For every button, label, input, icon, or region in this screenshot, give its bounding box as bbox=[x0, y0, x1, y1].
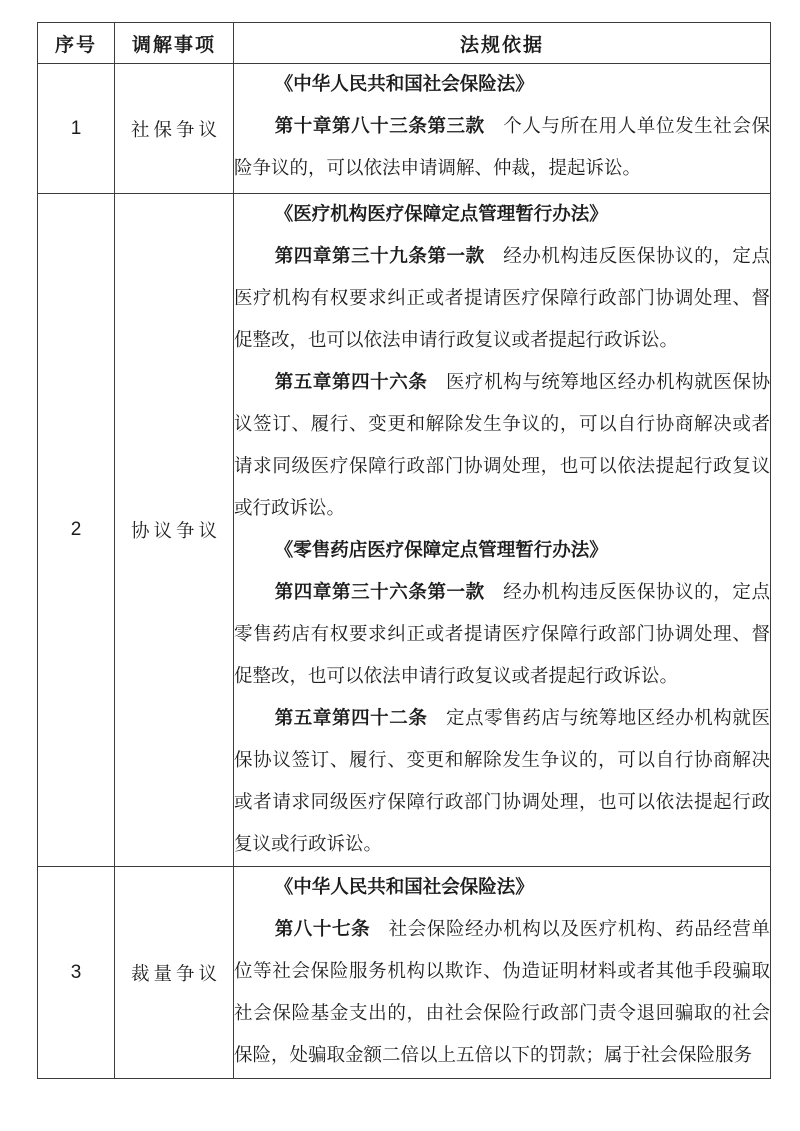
article-ref: 第十章第八十三条第三款 bbox=[275, 117, 485, 137]
legal-basis-content: 《中华人民共和国社会保险法》第八十七条社会保险经办机构以及医疗机构、药品经营单位… bbox=[234, 867, 771, 1079]
table-row: 1社保争议《中华人民共和国社会保险法》第十章第八十三条第三款个人与所在用人单位发… bbox=[38, 64, 771, 194]
row-index: 2 bbox=[38, 194, 115, 867]
table-row: 3裁量争议《中华人民共和国社会保险法》第八十七条社会保险经办机构以及医疗机构、药… bbox=[38, 867, 771, 1079]
table-row: 2协议争议《医疗机构医疗保障定点管理暂行办法》第四章第三十九条第一款经办机构违反… bbox=[38, 194, 771, 867]
law-title: 《医疗机构医疗保障定点管理暂行办法》 bbox=[234, 194, 770, 236]
row-index: 3 bbox=[38, 867, 115, 1079]
mediation-matter: 裁量争议 bbox=[115, 867, 234, 1079]
article-ref: 第五章第四十二条 bbox=[275, 709, 428, 729]
table-body: 1社保争议《中华人民共和国社会保险法》第十章第八十三条第三款个人与所在用人单位发… bbox=[38, 64, 771, 1079]
table-header-row: 序号 调解事项 法规依据 bbox=[38, 23, 771, 64]
legal-basis-content: 《中华人民共和国社会保险法》第十章第八十三条第三款个人与所在用人单位发生社会保险… bbox=[234, 64, 771, 194]
law-title: 《中华人民共和国社会保险法》 bbox=[234, 867, 770, 909]
mediation-matter: 协议争议 bbox=[115, 194, 234, 867]
header-matter: 调解事项 bbox=[115, 23, 234, 64]
article-ref: 第五章第四十六条 bbox=[275, 373, 428, 393]
law-article: 第四章第三十六条第一款经办机构违反医保协议的，定点零售药店有权要求纠正或者提请医… bbox=[234, 572, 770, 698]
mediation-matter: 社保争议 bbox=[115, 64, 234, 194]
law-article: 第五章第四十二条定点零售药店与统筹地区经办机构就医保协议签订、履行、变更和解除发… bbox=[234, 698, 770, 866]
legal-basis-content: 《医疗机构医疗保障定点管理暂行办法》第四章第三十九条第一款经办机构违反医保协议的… bbox=[234, 194, 771, 867]
law-article: 第四章第三十九条第一款经办机构违反医保协议的，定点医疗机构有权要求纠正或者提请医… bbox=[234, 236, 770, 362]
article-ref: 第四章第三十六条第一款 bbox=[275, 583, 485, 603]
row-index: 1 bbox=[38, 64, 115, 194]
regulation-table: 序号 调解事项 法规依据 1社保争议《中华人民共和国社会保险法》第十章第八十三条… bbox=[37, 22, 771, 1079]
document-page: 序号 调解事项 法规依据 1社保争议《中华人民共和国社会保险法》第十章第八十三条… bbox=[0, 0, 800, 1131]
header-index: 序号 bbox=[38, 23, 115, 64]
law-article: 第十章第八十三条第三款个人与所在用人单位发生社会保险争议的，可以依法申请调解、仲… bbox=[234, 106, 770, 190]
law-title: 《零售药店医疗保障定点管理暂行办法》 bbox=[234, 530, 770, 572]
article-ref: 第八十七条 bbox=[275, 920, 370, 940]
law-article: 第五章第四十六条医疗机构与统筹地区经办机构就医保协议签订、履行、变更和解除发生争… bbox=[234, 362, 770, 530]
header-legal-basis: 法规依据 bbox=[234, 23, 771, 64]
law-article: 第八十七条社会保险经办机构以及医疗机构、药品经营单位等社会保险服务机构以欺诈、伪… bbox=[234, 909, 770, 1077]
law-title: 《中华人民共和国社会保险法》 bbox=[234, 64, 770, 106]
article-ref: 第四章第三十九条第一款 bbox=[275, 247, 485, 267]
